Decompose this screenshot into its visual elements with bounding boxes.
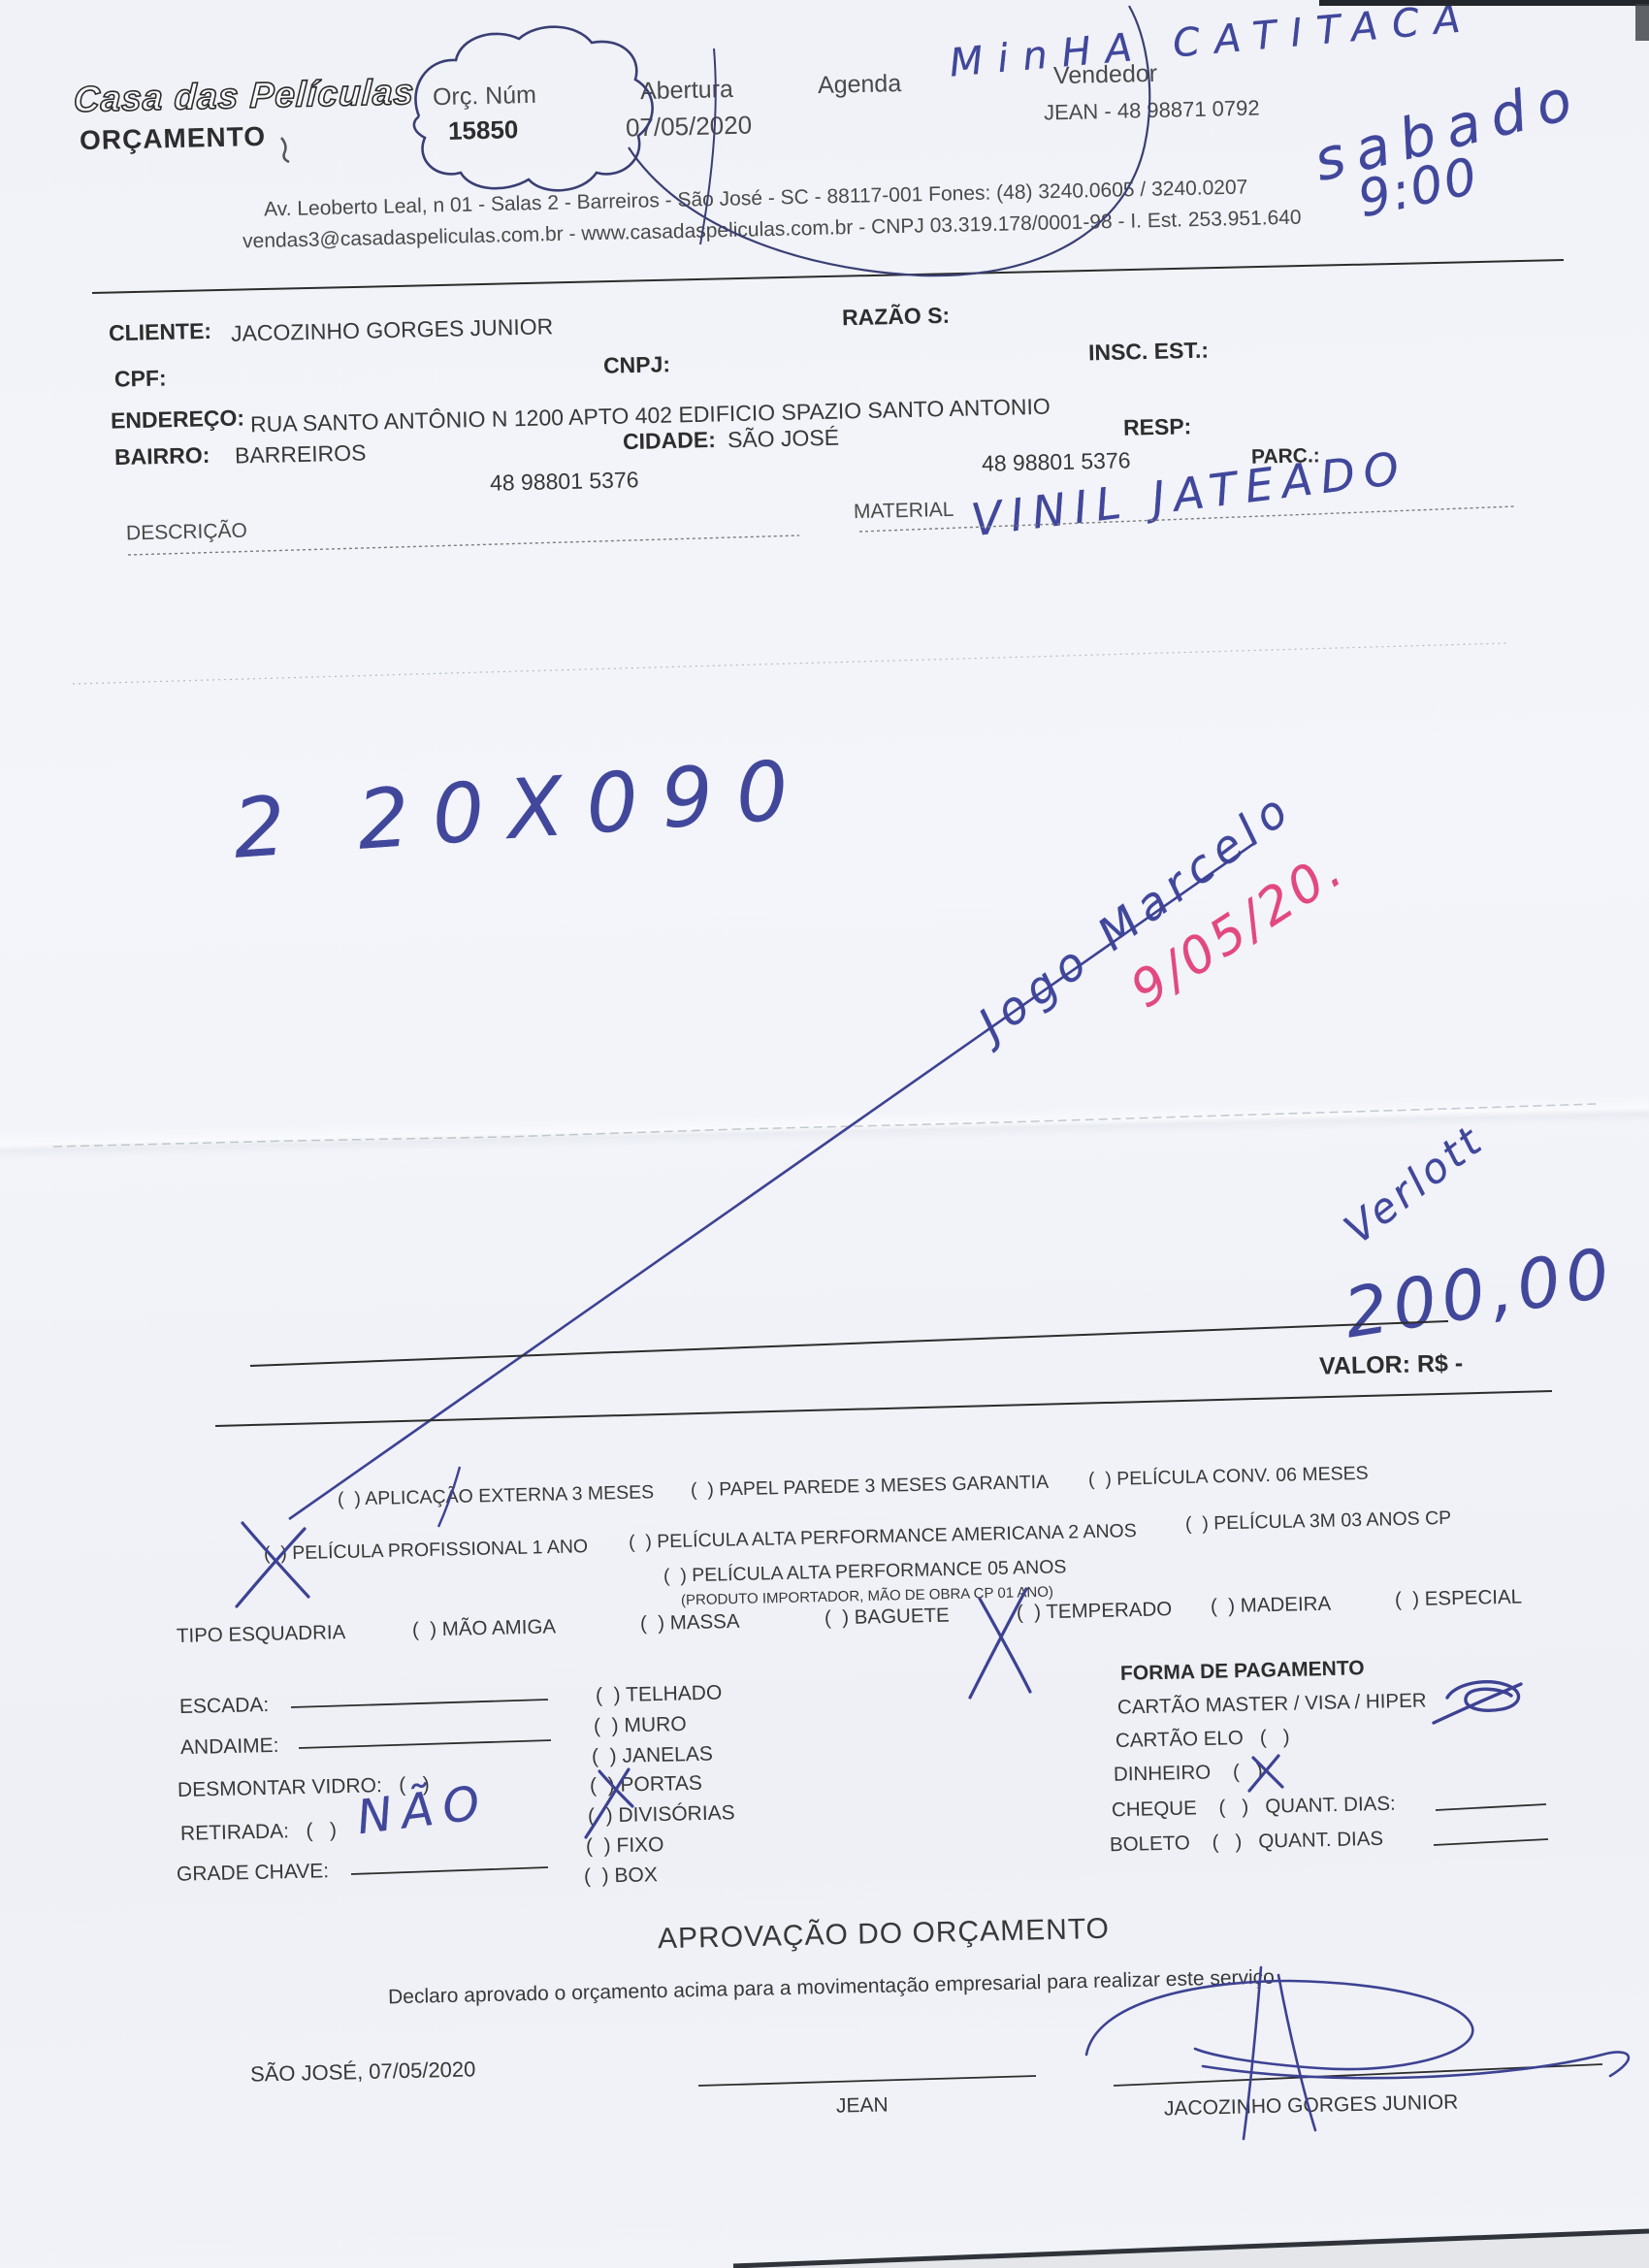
escada-label: ESCADA: [179, 1695, 270, 1718]
surface-janelas: ( ) JANELAS [592, 1744, 713, 1768]
seller-signature-line [698, 2076, 1036, 2086]
cnpj-label: CNPJ: [603, 352, 671, 377]
cidade-value: SÃO JOSÉ [727, 426, 840, 452]
approval-declaration: Declaro aprovado o orçamento acima para … [388, 1967, 1275, 2009]
tipo-esquadria-label: TIPO ESQUADRIA [177, 1622, 346, 1646]
grade-chave-label: GRADE CHAVE: [177, 1861, 330, 1886]
client-signature-oval [1086, 1981, 1472, 2069]
descricao-label: DESCRIÇÃO [126, 521, 247, 545]
surface-fixo: ( ) FIXO [586, 1834, 664, 1858]
client-signature-tail [1203, 2052, 1629, 2078]
warranty-aplicacao-externa: ( ) APLICAÇÃO EXTERNA 3 MESES [338, 1482, 655, 1509]
header-rule [92, 260, 1564, 293]
client-signature-line [1114, 2064, 1602, 2086]
cheque-quant-line [1436, 1804, 1546, 1810]
approval-city-date: SÃO JOSÉ, 07/05/2020 [250, 2057, 476, 2085]
abertura-date: 07/05/2020 [626, 113, 753, 142]
valor-line-bottom [215, 1391, 1552, 1426]
esquadria-mao-amiga: ( ) MÃO AMIGA [412, 1616, 557, 1640]
vendedor-value: JEAN - 48 98871 0792 [1044, 96, 1260, 123]
scan-edge-bottom-fill [735, 2229, 1649, 2268]
andaime-line [299, 1740, 551, 1748]
surface-divisorias: ( ) DIVISÓRIAS [588, 1802, 735, 1827]
bairro-label: BAIRRO: [114, 443, 210, 469]
handwritten-measurement: 2 20X090 [231, 748, 814, 869]
scribble-cartao-master-slash [1434, 1684, 1521, 1723]
phone-right: 48 98801 5376 [982, 448, 1131, 475]
surface-portas: ( ) PORTAS [590, 1773, 702, 1798]
approval-title: APROVAÇÃO DO ORÇAMENTO [658, 1914, 1111, 1955]
handwritten-retirada-answer: NÃO [355, 1779, 492, 1841]
esquadria-massa: ( ) MASSA [640, 1611, 740, 1635]
esquadria-temperado: ( ) TEMPERADO [1017, 1599, 1173, 1623]
surface-box: ( ) BOX [584, 1864, 658, 1888]
scan-edge-bottom-line [733, 2231, 1649, 2266]
material-label: MATERIAL [854, 500, 954, 523]
cliente-label: CLIENTE: [109, 319, 212, 345]
insc-est-label: INSC. EST.: [1088, 339, 1209, 365]
order-number-value: 15850 [448, 116, 519, 145]
handwritten-valor-note: Verlott [1338, 1118, 1491, 1250]
grade-chave-line [351, 1867, 548, 1874]
cidade-label: CIDADE: [623, 428, 716, 453]
scan-edge-corner [1635, 4, 1649, 41]
razao-label: RAZÃO S: [842, 304, 951, 330]
doc-type-title: ORÇAMENTO [80, 122, 267, 155]
company-logo: Casa das Películas [73, 72, 415, 120]
bairro-value: BARREIROS [235, 440, 367, 467]
esquadria-especial: ( ) ESPECIAL [1395, 1587, 1522, 1610]
payment-title: FORMA DE PAGAMENTO [1120, 1658, 1365, 1685]
esquadria-madeira: ( ) MADEIRA [1211, 1594, 1332, 1617]
boleto-quant-line [1434, 1839, 1548, 1845]
faint-mid-rule [73, 643, 1508, 684]
paper-fold-crease [0, 1093, 1649, 1160]
client-name: JACOZINHO GORGES JUNIOR [1164, 2092, 1459, 2121]
warranty-alta-performance-05: ( ) PELÍCULA ALTA PERFORMANCE 05 ANOS [663, 1557, 1067, 1586]
warranty-papel-parede: ( ) PAPEL PAREDE 3 MESES GARANTIA [691, 1473, 1050, 1501]
seller-name: JEAN [836, 2094, 889, 2117]
handwritten-valor-amount: 200,00 [1340, 1238, 1619, 1347]
x-mark-profissional-2 [237, 1529, 305, 1606]
endereco-label: ENDEREÇO: [111, 405, 245, 432]
surface-muro: ( ) MURO [594, 1714, 687, 1737]
scan-artifact-mark [281, 138, 289, 162]
warranty-pelicula-profissional: ( ) PELÍCULA PROFISSIONAL 1 ANO [264, 1537, 589, 1564]
esquadria-baguete: ( ) BAGUETE [824, 1605, 950, 1629]
payment-cheque: CHEQUE ( ) QUANT. DIAS: [1112, 1794, 1396, 1821]
payment-boleto: BOLETO ( ) QUANT. DIAS [1110, 1829, 1384, 1856]
payment-cartao-elo: CARTÃO ELO ( ) [1115, 1727, 1290, 1752]
scanned-budget-form: Casa das Películas ORÇAMENTO Orç. Núm 15… [0, 0, 1649, 2268]
valor-label: VALOR: R$ - [1319, 1350, 1464, 1379]
phone-center: 48 98801 5376 [490, 468, 639, 495]
scribble-cartao-master [1447, 1682, 1519, 1711]
andaime-label: ANDAIME: [180, 1735, 279, 1759]
order-number-label: Orç. Núm [433, 82, 537, 111]
payment-dinheiro: DINHEIRO ( ) [1114, 1761, 1263, 1785]
payment-cartao-master: CARTÃO MASTER / VISA / HIPER [1117, 1690, 1427, 1718]
agenda-label: Agenda [818, 71, 902, 98]
cliente-value: JACOZINHO GORGES JUNIOR [231, 314, 554, 345]
escada-line [291, 1700, 548, 1707]
warranty-pelicula-3m: ( ) PELÍCULA 3M 03 ANOS CP [1185, 1508, 1452, 1535]
resp-label: RESP: [1123, 414, 1192, 439]
handwritten-top-note: MinHA CATITACA [948, 0, 1476, 83]
surface-telhado: ( ) TELHADO [596, 1683, 723, 1707]
valor-line-top [250, 1321, 1448, 1366]
abertura-label: Abertura [640, 77, 733, 104]
warranty-alta-performance-05-sub: (PRODUTO IMPORTADOR, MÃO DE OBRA CP 01 A… [681, 1585, 1053, 1608]
warranty-alta-performance-americana: ( ) PELÍCULA ALTA PERFORMANCE AMERICANA … [629, 1521, 1137, 1552]
cpf-label: CPF: [114, 366, 167, 390]
warranty-pelicula-conv: ( ) PELÍCULA CONV. 06 MESES [1088, 1464, 1369, 1490]
retirada-label: RETIRADA: ( ) [180, 1820, 337, 1845]
